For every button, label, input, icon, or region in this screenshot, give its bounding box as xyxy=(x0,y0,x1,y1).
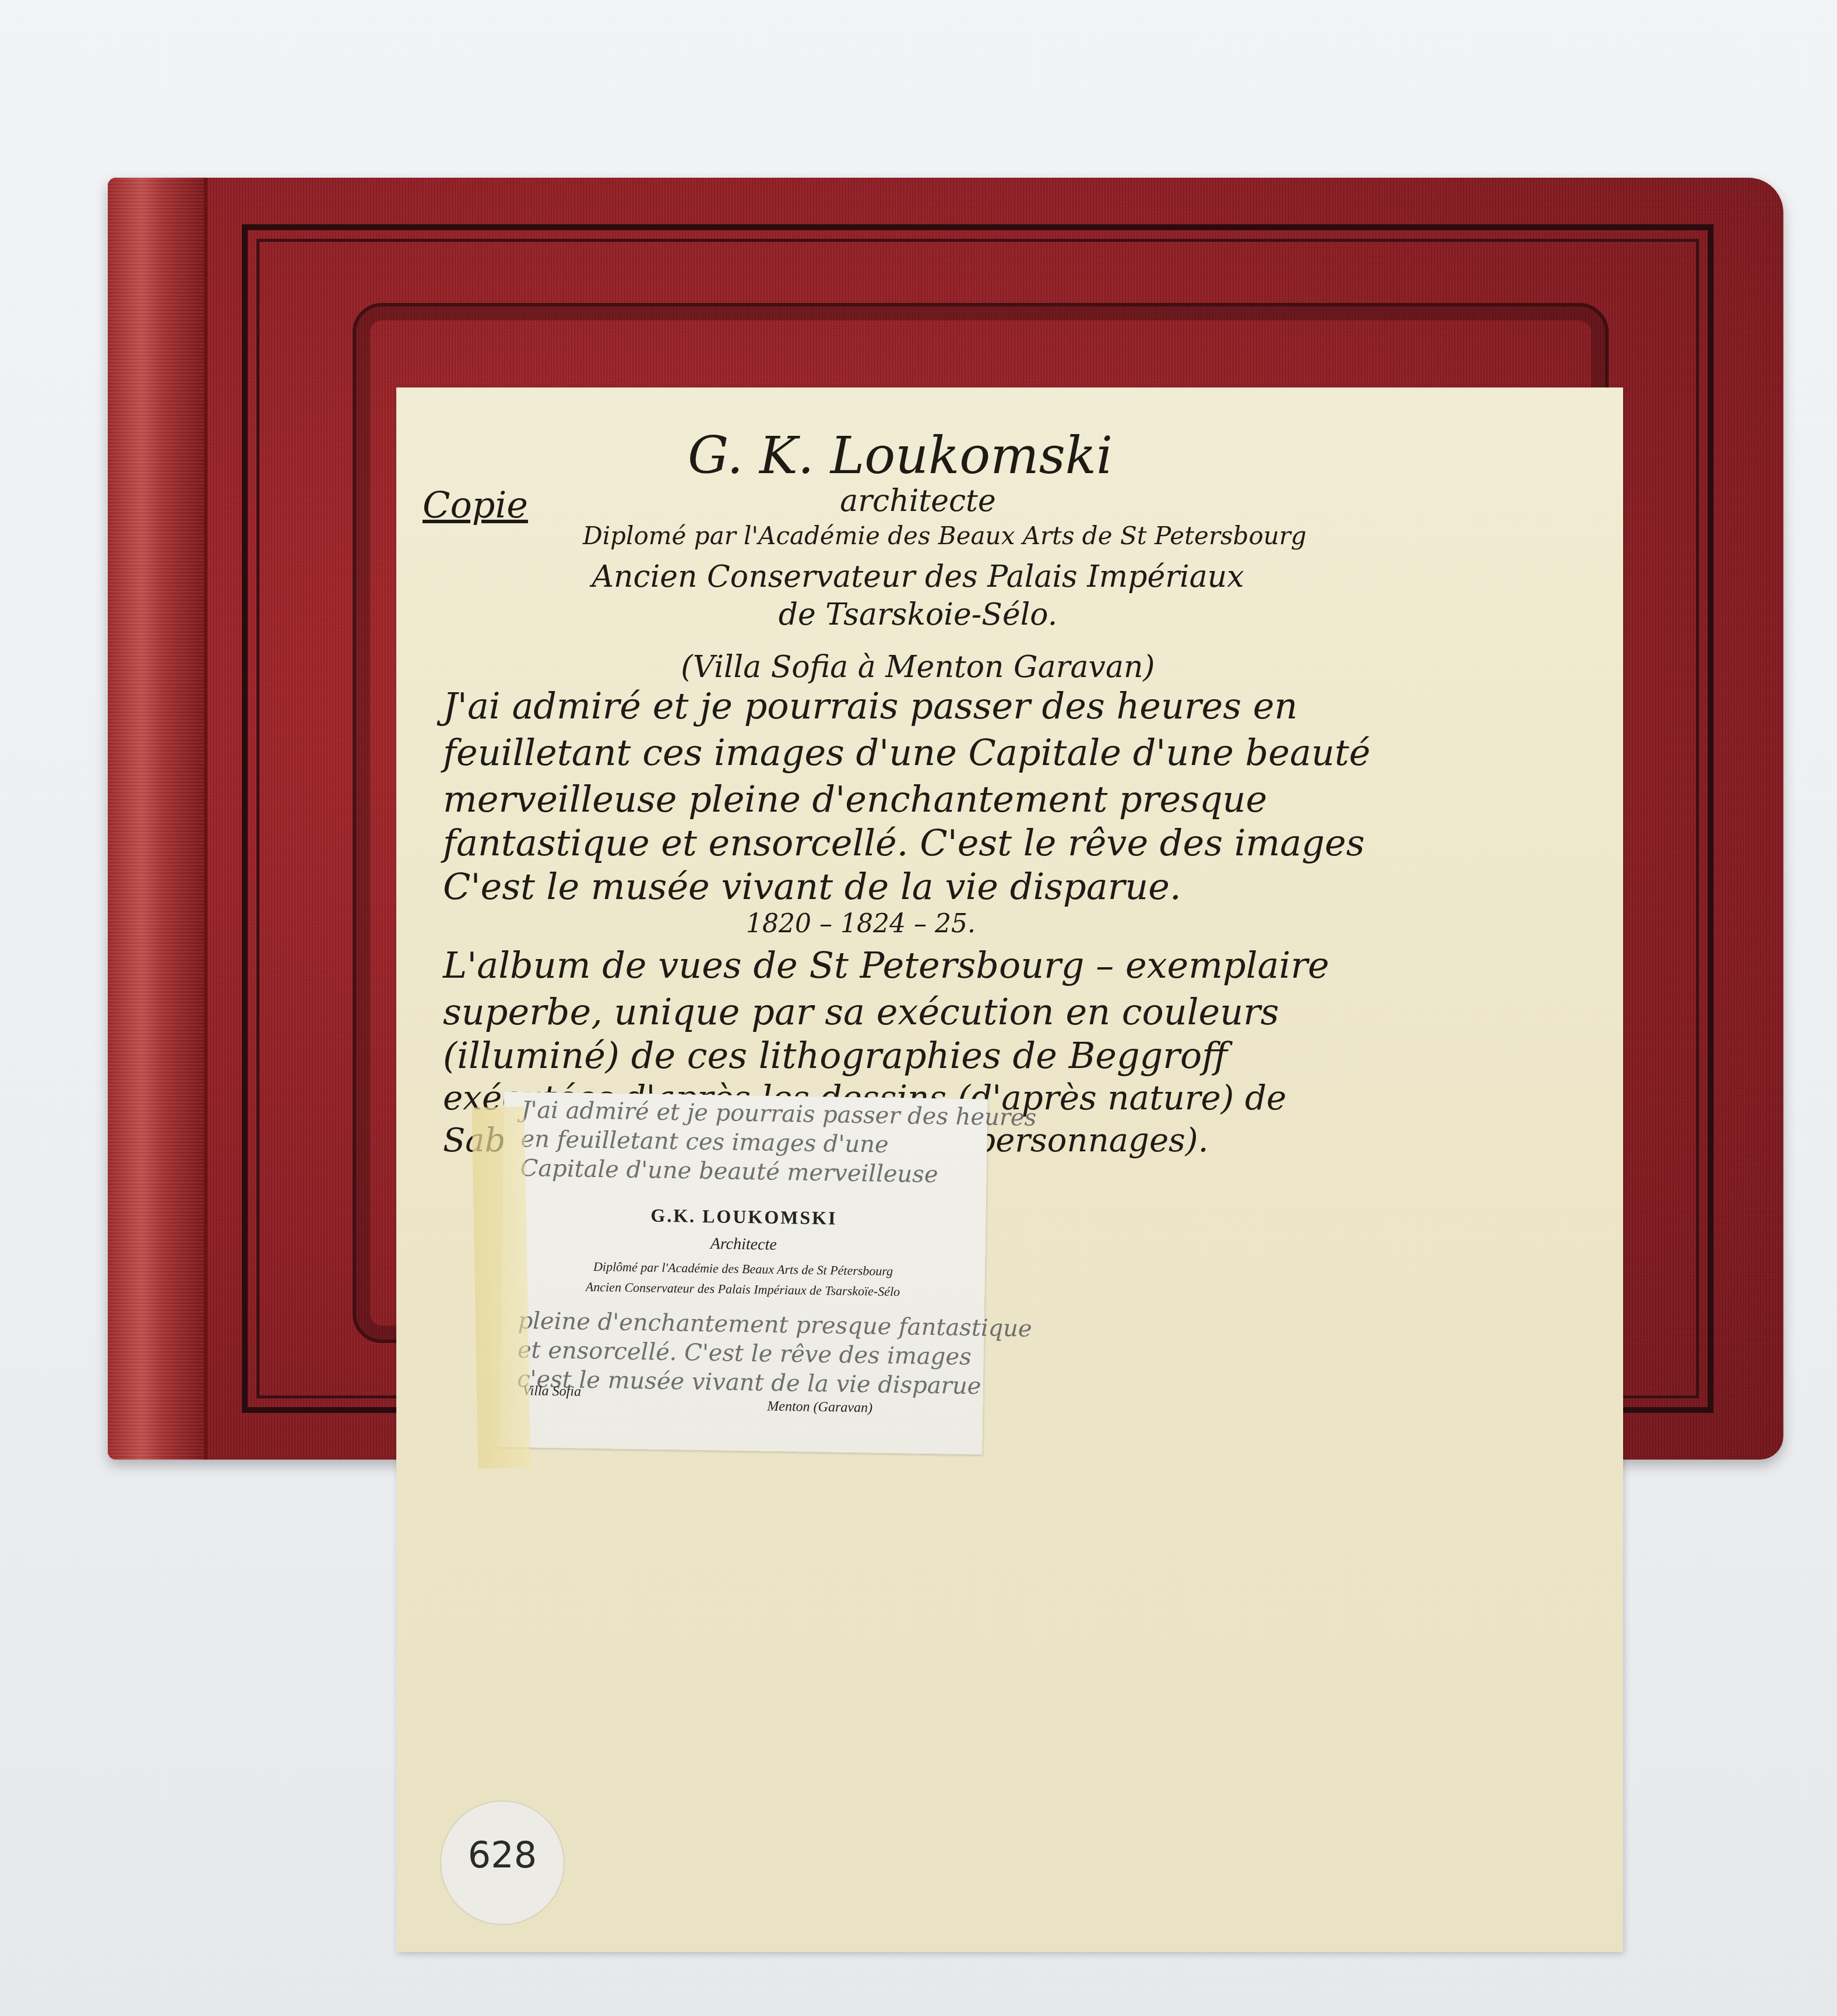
card-pencil-line: pleine d'enchantement presque fantastiqu… xyxy=(518,1307,1032,1342)
visiting-card: J'ai admiré et je pourrais passer des he… xyxy=(498,1092,987,1455)
note-body-line: merveilleuse pleine d'enchantement presq… xyxy=(443,778,1267,820)
note-author-name: G. K. Loukomski xyxy=(688,425,1113,485)
note-body-line: feuilletant ces images d'une Capitale d'… xyxy=(443,731,1371,774)
card-printed-title: Architecte xyxy=(502,1231,986,1257)
note-dates: 1820 – 1824 – 25. xyxy=(746,909,976,939)
note-body2-line: L'album de vues de St Petersbourg – exem… xyxy=(443,944,1329,986)
card-pencil-line: Capitale d'une beauté merveilleuse xyxy=(520,1155,938,1188)
note-body2-line: superbe, unique par sa exécution en coul… xyxy=(443,991,1279,1033)
card-printed-name: G.K. LOUKOMSKI xyxy=(502,1202,986,1231)
note-header-line1: Diplomé par l'Académie des Beaux Arts de… xyxy=(583,521,1253,550)
note-body-line: J'ai admiré et je pourrais passer des he… xyxy=(443,685,1297,727)
card-pencil-line: et ensorcellé. C'est le rêve des images xyxy=(518,1337,972,1370)
card-pencil-line: en feuilletant ces images d'une xyxy=(520,1126,889,1158)
album-spine xyxy=(108,178,207,1460)
note-body2-line: (illuminé) de ces lithographies de Beggr… xyxy=(443,1034,1227,1077)
card-pencil-line: c'est le musée vivant de la vie disparue xyxy=(517,1366,981,1400)
note-title: architecte xyxy=(583,484,1253,519)
note-body-line: C'est le musée vivant de la vie disparue… xyxy=(443,865,1181,908)
copie-margin-mark: Copie xyxy=(423,484,528,526)
note-header-line3: de Tsarskoie-Sélo. xyxy=(583,597,1253,632)
note-header-address: (Villa Sofia à Menton Garavan) xyxy=(583,650,1253,685)
note-header-line2: Ancien Conservateur des Palais Impériaux xyxy=(583,559,1253,594)
card-pencil-line: J'ai admiré et je pourrais passer des he… xyxy=(521,1097,1037,1132)
note-body-line: fantastique et ensorcellé. C'est le rêve… xyxy=(443,822,1364,864)
card-printed-line2: Ancien Conservateur des Palais Impériaux… xyxy=(501,1278,984,1300)
adhesive-tape-strip xyxy=(472,1106,531,1468)
inventory-number: 628 xyxy=(441,1834,564,1876)
card-printed-line1: Diplômé par l'Académie des Beaux Arts de… xyxy=(501,1257,985,1280)
card-address-right: Menton (Garavan) xyxy=(767,1399,872,1416)
card-address-left: Villa Sofia xyxy=(523,1383,582,1400)
inventory-number-sticker: 628 xyxy=(440,1800,565,1925)
